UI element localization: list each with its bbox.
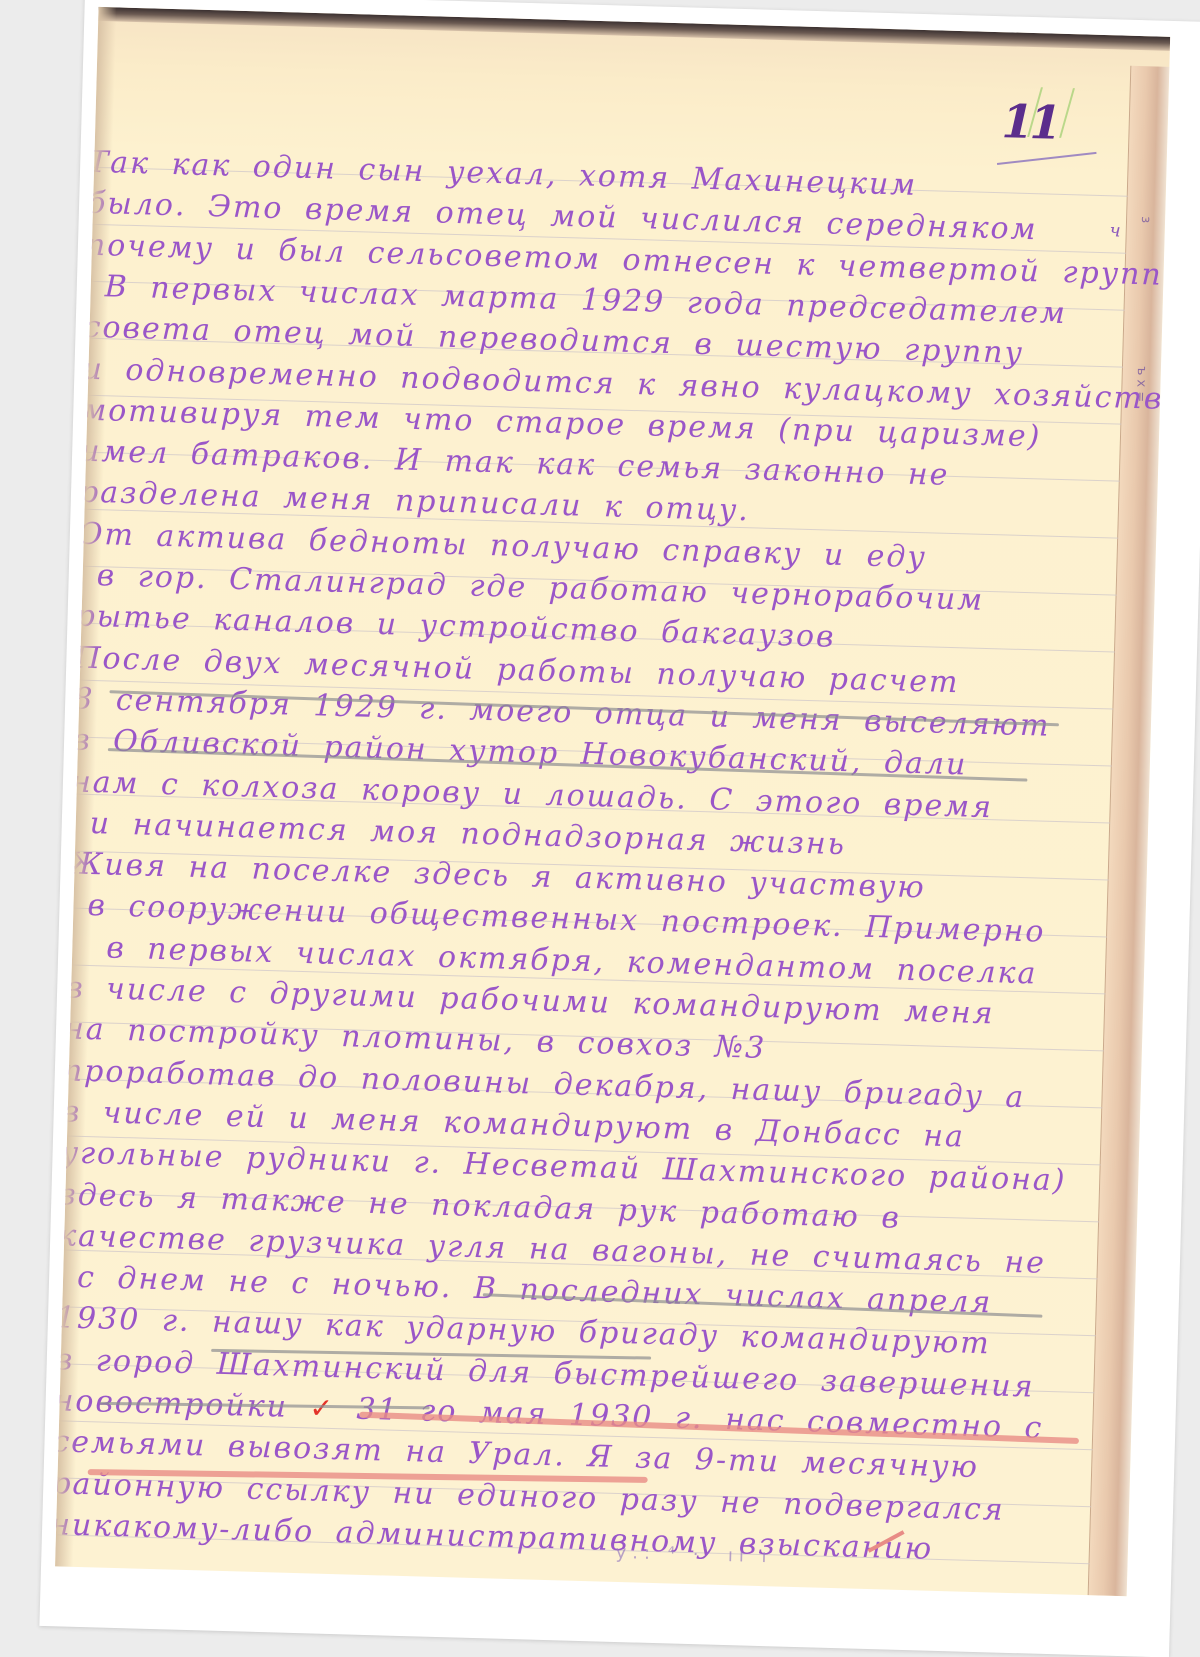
page-number: 11 — [1001, 94, 1059, 150]
handwritten-text-body: Так как один сын уехал, хотя Махинецкимб… — [99, 7, 1171, 37]
spine-mark: з — [1138, 216, 1153, 223]
scanned-page-frame: з ъ х = 11 ч Так как один сын уехал, хот… — [39, 0, 1200, 1650]
page-number-underline — [997, 152, 1097, 165]
footer-marks: у.: ⁴ · ̇ ıı ı — [615, 1542, 773, 1567]
handwritten-page: з ъ х = 11 ч Так как один сын уехал, хот… — [55, 7, 1170, 1596]
ruled-lines — [99, 7, 1171, 37]
red-check-mark: ✓ — [309, 1391, 335, 1425]
margin-note: ч — [1109, 220, 1121, 241]
notebook-spine: з ъ х = — [1088, 66, 1170, 1596]
ruled-line — [55, 1591, 1088, 1596]
